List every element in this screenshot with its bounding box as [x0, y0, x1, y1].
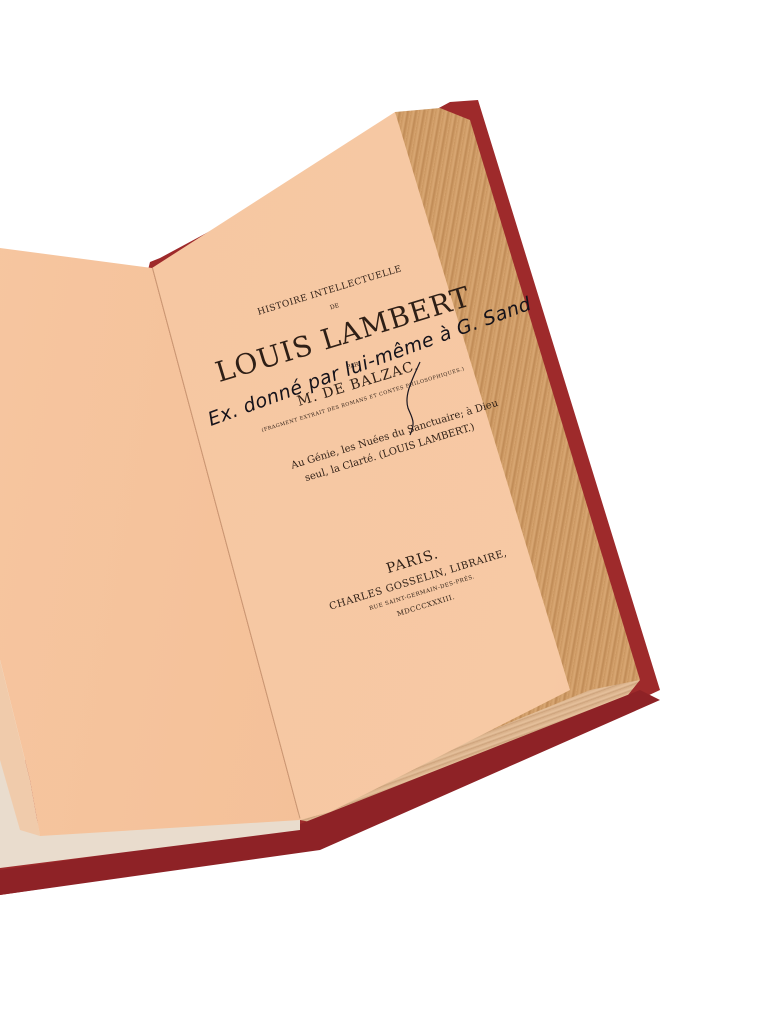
book-photo: HISTOIRE INTELLECTUELLE DE LOUIS LAMBERT…: [0, 0, 768, 1024]
ink-flourish-icon: [390, 360, 430, 440]
publisher: CHARLES GOSSELIN, LIBRAIRE,: [259, 527, 578, 634]
